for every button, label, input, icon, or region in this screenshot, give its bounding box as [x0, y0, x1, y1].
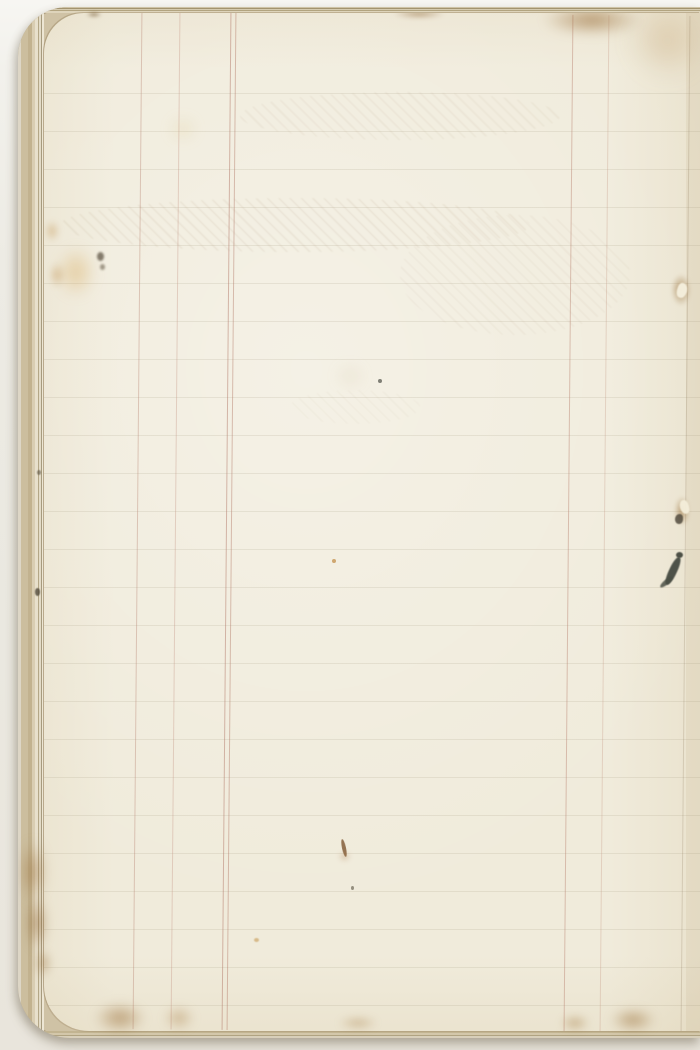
bottom-page-edges — [44, 1031, 700, 1038]
scanned-ledger-photo — [0, 0, 700, 1050]
fore-edge-left-pages — [18, 7, 44, 1038]
fore-edge-crease-strip — [686, 13, 700, 1031]
ledger-page — [44, 13, 700, 1031]
